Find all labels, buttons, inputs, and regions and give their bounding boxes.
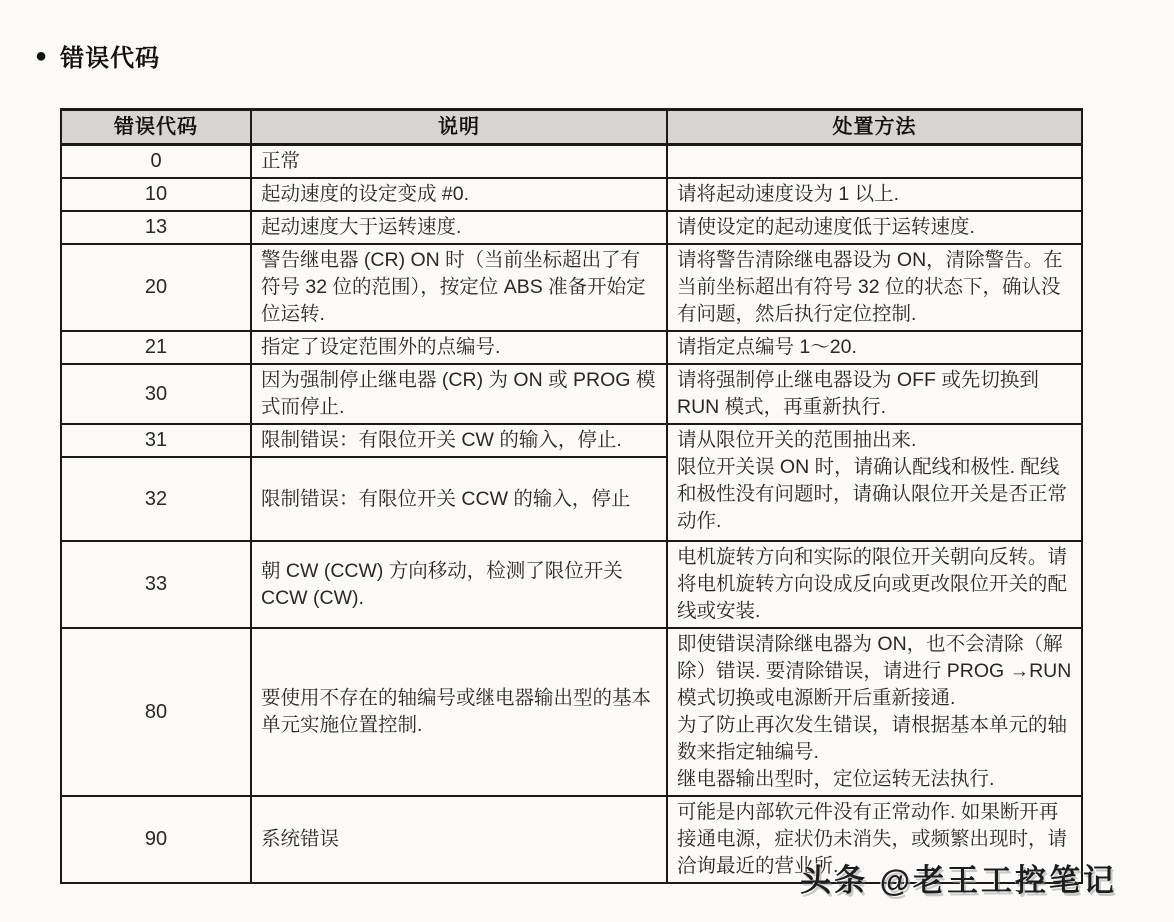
remedy-part: 即使错误清除继电器为 ON，也不会清除（解除）错误. 要清除错误，请进行 PRO…: [677, 631, 1072, 712]
cell-remedy-merged: 请从限位开关的范围抽出来. 限位开关误 ON 时，请确认配线和极性. 配线和极性…: [667, 424, 1082, 541]
cell-code: 13: [61, 211, 251, 244]
table-row: 33 朝 CW (CCW) 方向移动，检测了限位开关 CCW (CW). 电机旋…: [61, 541, 1082, 628]
page-title: ● 错误代码: [35, 38, 160, 73]
remedy-part: 为了防止再次发生错误，请根据基本单元的轴数来指定轴编号.: [677, 712, 1072, 766]
cell-desc: 因为强制停止继电器 (CR) 为 ON 或 PROG 模式而停止.: [251, 364, 667, 424]
table-row: 10 起动速度的设定变成 #0. 请将起动速度设为 1 以上.: [61, 178, 1082, 211]
table-row: 31 限制错误：有限位开关 CW 的输入，停止. 请从限位开关的范围抽出来. 限…: [61, 424, 1082, 457]
cell-remedy: 请指定点编号 1～20.: [667, 331, 1082, 364]
cell-code: 31: [61, 424, 251, 457]
cell-desc: 指定了设定范围外的点编号.: [251, 331, 667, 364]
cell-remedy: 请将强制停止继电器设为 OFF 或先切换到 RUN 模式，再重新执行.: [667, 364, 1082, 424]
cell-remedy: 请将起动速度设为 1 以上.: [667, 178, 1082, 211]
cell-remedy: 即使错误清除继电器为 ON，也不会清除（解除）错误. 要清除错误，请进行 PRO…: [667, 628, 1082, 796]
table-header-row: 错误代码 说明 处置方法: [61, 110, 1082, 145]
cell-code: 32: [61, 457, 251, 541]
cell-remedy: 电机旋转方向和实际的限位开关朝向反转。请将电机旋转方向设成反向或更改限位开关的配…: [667, 541, 1082, 628]
table-row: 0 正常: [61, 145, 1082, 179]
table-row: 21 指定了设定范围外的点编号. 请指定点编号 1～20.: [61, 331, 1082, 364]
cell-code: 20: [61, 244, 251, 331]
remedy-part: 限位开关误 ON 时，请确认配线和极性. 配线和极性没有问题时，请确认限位开关是…: [677, 454, 1072, 535]
document-page: ● 错误代码 错误代码 说明 处置方法 0 正常 10 起动速度的设定变成 #0…: [0, 0, 1174, 922]
cell-desc: 朝 CW (CCW) 方向移动，检测了限位开关 CCW (CW).: [251, 541, 667, 628]
cell-desc: 正常: [251, 145, 667, 179]
header-error-code: 错误代码: [61, 110, 251, 145]
cell-code: 33: [61, 541, 251, 628]
cell-code: 21: [61, 331, 251, 364]
watermark-text: 头条 @老王工控笔记: [800, 855, 1117, 900]
cell-desc: 起动速度大于运转速度.: [251, 211, 667, 244]
cell-desc: 起动速度的设定变成 #0.: [251, 178, 667, 211]
cell-desc: 限制错误：有限位开关 CCW 的输入，停止: [251, 457, 667, 541]
cell-code: 10: [61, 178, 251, 211]
cell-remedy: [667, 145, 1082, 179]
table-row: 30 因为强制停止继电器 (CR) 为 ON 或 PROG 模式而停止. 请将强…: [61, 364, 1082, 424]
error-code-table: 错误代码 说明 处置方法 0 正常 10 起动速度的设定变成 #0. 请将起动速…: [60, 108, 1083, 884]
bullet-icon: ●: [35, 46, 48, 66]
header-description: 说明: [251, 110, 667, 145]
remedy-part: 继电器输出型时，定位运转无法执行.: [677, 766, 1072, 793]
table-row: 13 起动速度大于运转速度. 请使设定的起动速度低于运转速度.: [61, 211, 1082, 244]
cell-desc: 限制错误：有限位开关 CW 的输入，停止.: [251, 424, 667, 457]
remedy-part: 请从限位开关的范围抽出来.: [677, 427, 1072, 454]
cell-code: 0: [61, 145, 251, 179]
table-row: 20 警告继电器 (CR) ON 时（当前坐标超出了有符号 32 位的范围），按…: [61, 244, 1082, 331]
cell-code: 30: [61, 364, 251, 424]
header-remedy: 处置方法: [667, 110, 1082, 145]
table-row: 80 要使用不存在的轴编号或继电器输出型的基本单元实施位置控制. 即使错误清除继…: [61, 628, 1082, 796]
page-title-text: 错误代码: [60, 38, 160, 73]
cell-code: 90: [61, 796, 251, 883]
cell-code: 80: [61, 628, 251, 796]
cell-remedy: 请使设定的起动速度低于运转速度.: [667, 211, 1082, 244]
cell-desc: 警告继电器 (CR) ON 时（当前坐标超出了有符号 32 位的范围），按定位 …: [251, 244, 667, 331]
cell-desc: 要使用不存在的轴编号或继电器输出型的基本单元实施位置控制.: [251, 628, 667, 796]
cell-desc: 系统错误: [251, 796, 667, 883]
cell-remedy: 请将警告清除继电器设为 ON，清除警告。在当前坐标超出有符号 32 位的状态下，…: [667, 244, 1082, 331]
